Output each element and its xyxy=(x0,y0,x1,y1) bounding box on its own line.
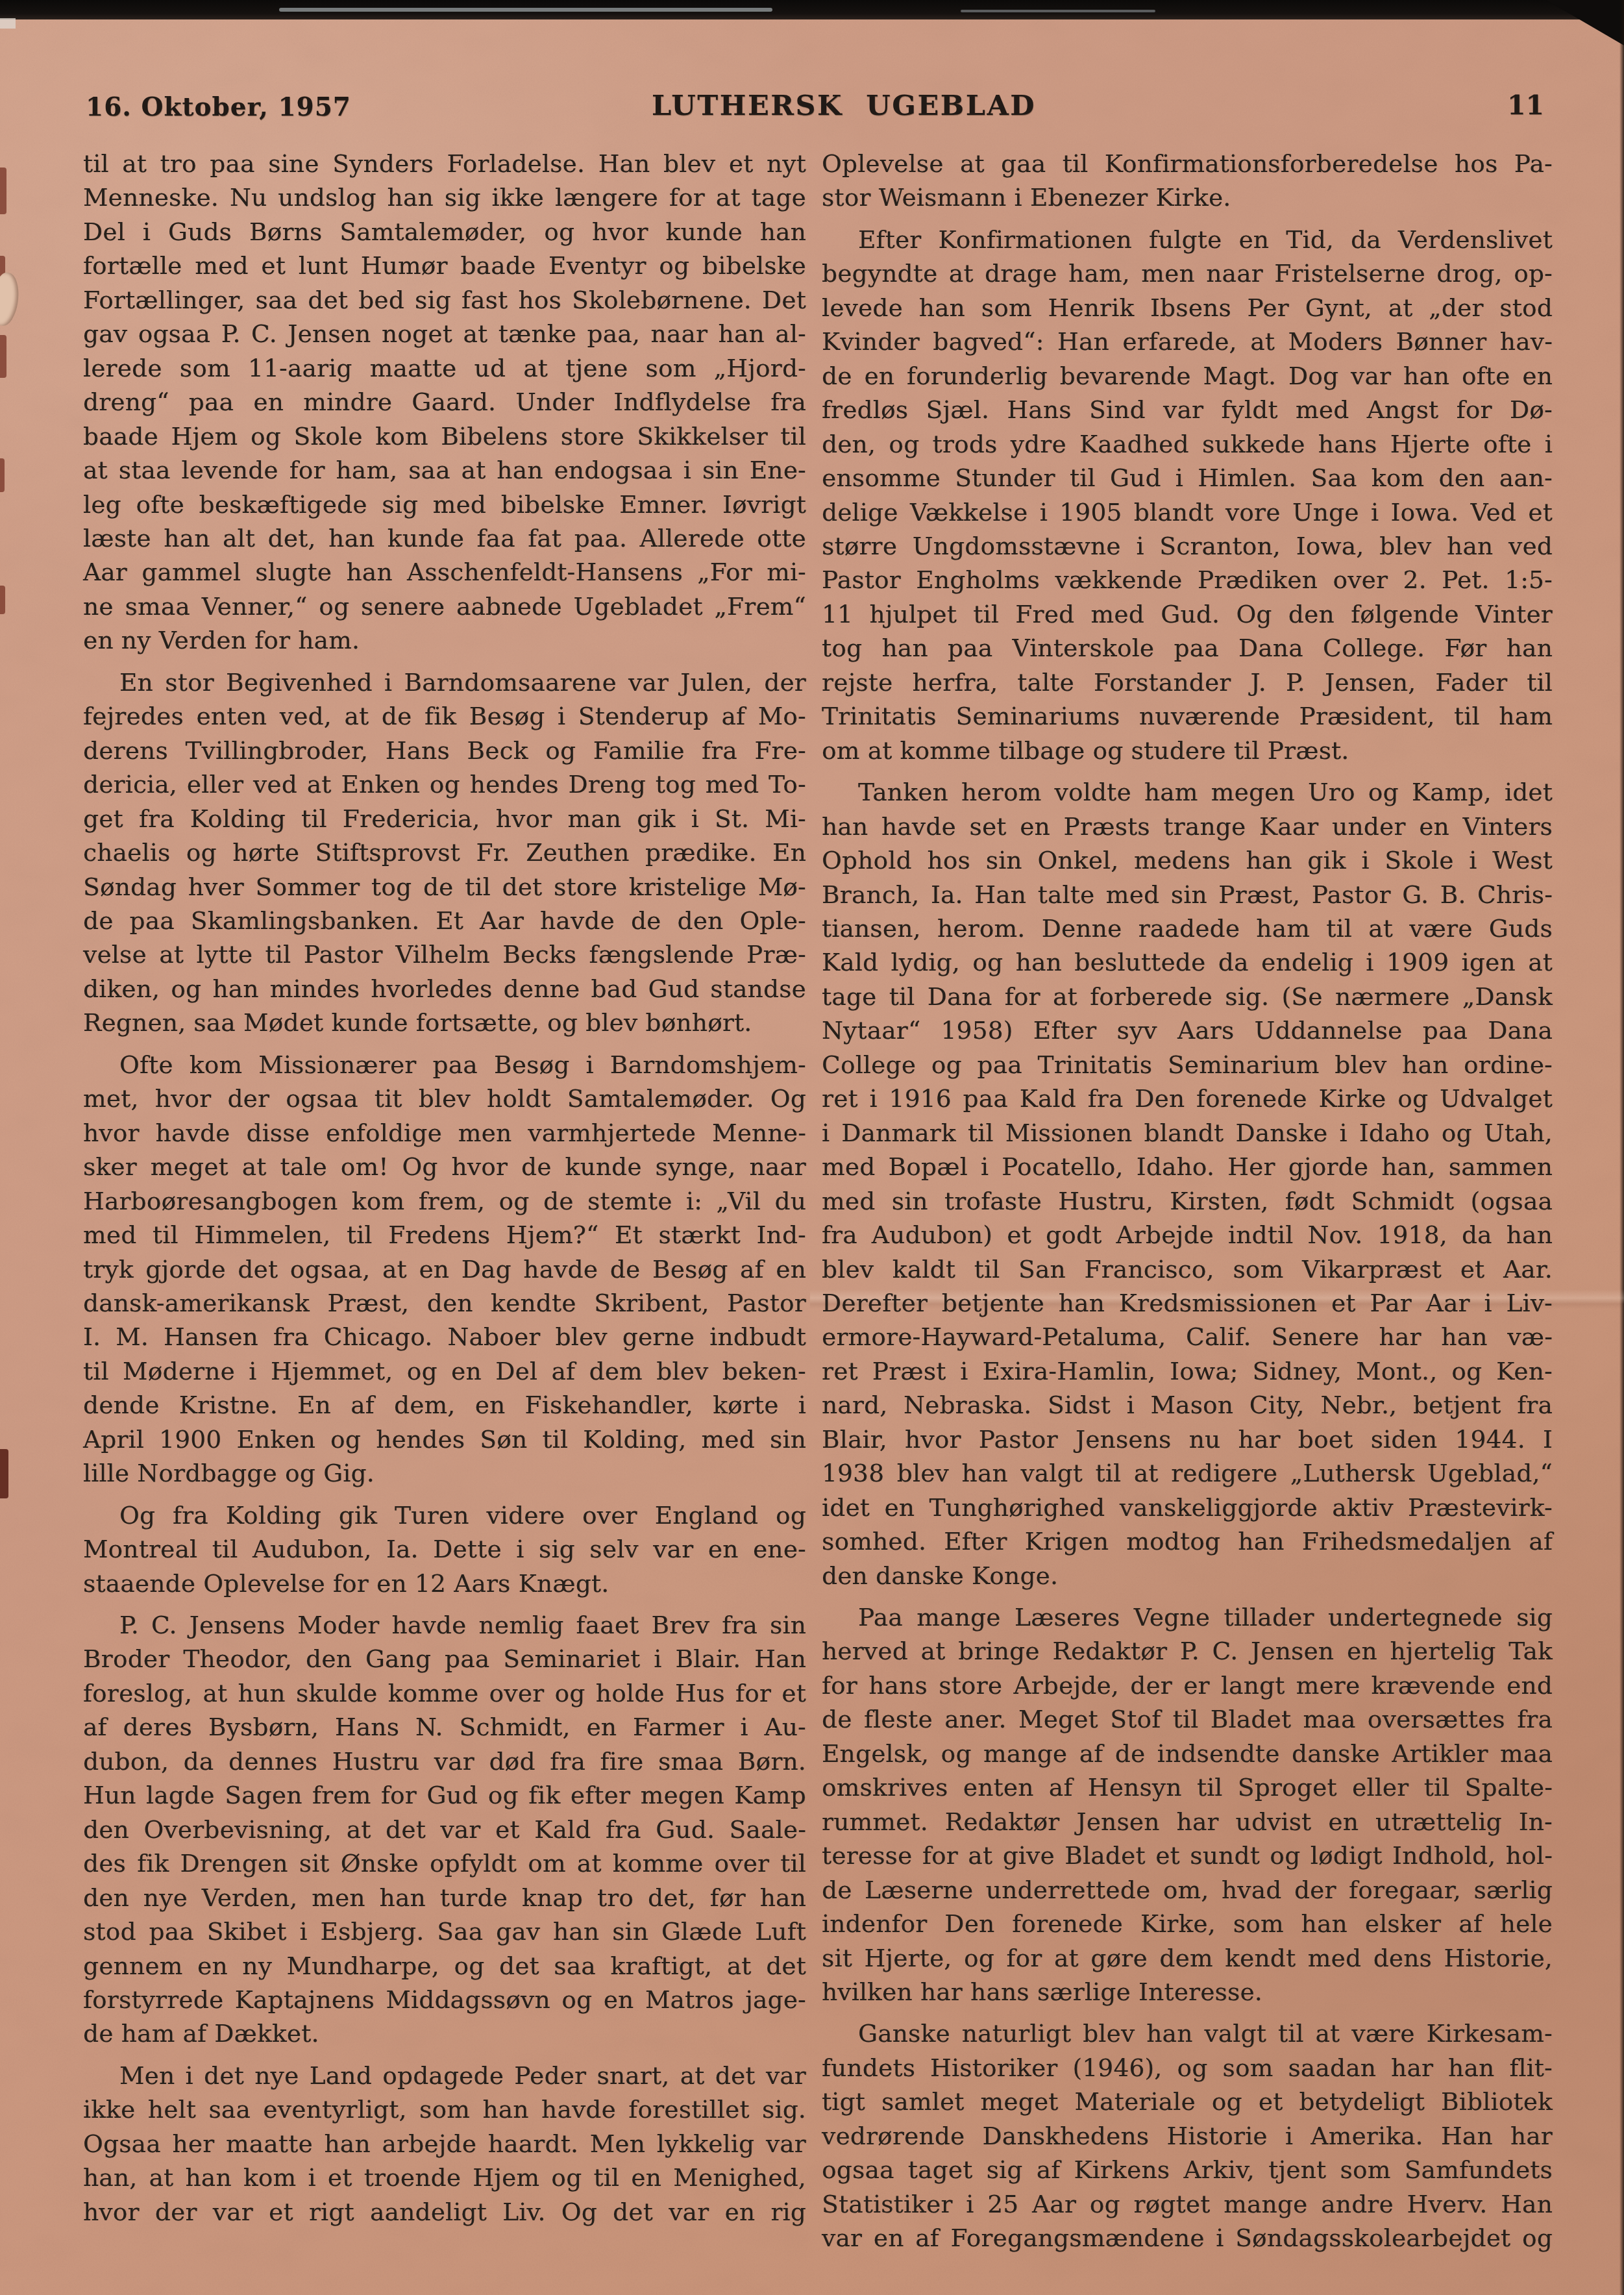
text-line: tigt samlet meget Materiale og et betyde… xyxy=(822,2085,1553,2118)
text-line: de en forunderlig bevarende Magt. Dog va… xyxy=(822,359,1553,393)
text-line: Engelsk, og mange af de indsendte danske… xyxy=(822,1737,1553,1770)
text-line: tage til Dana for at forberede sig. (Se … xyxy=(822,980,1553,1013)
text-line: April 1900 Enken og hendes Søn til Koldi… xyxy=(83,1422,806,1456)
scanner-edge-top-bar xyxy=(0,0,1624,19)
text-line: Tanken herom voldte ham megen Uro og Kam… xyxy=(822,775,1553,809)
text-line: Broder Theodor, den Gang paa Seminariet … xyxy=(83,1642,806,1676)
text-line: nard, Nebraska. Sidst i Mason City, Nebr… xyxy=(822,1388,1553,1422)
text-line: større Ungdomsstævne i Scranton, Iowa, b… xyxy=(822,529,1553,563)
text-line: ikke helt saa eventyrligt, som han havde… xyxy=(83,2092,806,2126)
text-line: hvilken har hans særlige Interesse. xyxy=(822,1975,1553,2009)
text-line: blev kaldt til San Francisco, som Vikarp… xyxy=(822,1252,1553,1286)
text-line: fredløs Sjæl. Hans Sind var fyldt med An… xyxy=(822,393,1553,427)
text-line: læste han alt det, han kunde faa fat paa… xyxy=(83,521,806,555)
article-column-left: til at tro paa sine Synders Forladelse. … xyxy=(83,147,806,2229)
text-line: sker meget at tale om! Og hvor de kunde … xyxy=(83,1150,806,1184)
text-line: I. M. Hansen fra Chicago. Naboer blev ge… xyxy=(83,1320,806,1354)
left-edge-mark xyxy=(0,458,5,492)
text-line: ret Præst i Exira-Hamlin, Iowa; Sidney, … xyxy=(822,1354,1553,1388)
text-line: dubon, da dennes Hustru var død fra fire… xyxy=(83,1744,806,1778)
text-line: Ophold hos sin Onkel, medens han gik i S… xyxy=(822,843,1553,877)
text-line: de ham af Dækket. xyxy=(83,2016,806,2050)
text-line: Kald lydig, og han besluttede da endelig… xyxy=(822,945,1553,979)
text-line: ret i 1916 paa Kald fra Den forenede Kir… xyxy=(822,1082,1553,1115)
text-line: leg ofte beskæftigede sig med bibelske E… xyxy=(83,488,806,521)
text-line: stod paa Skibet i Esbjerg. Saa gav han s… xyxy=(83,1915,806,1948)
text-line: til Møderne i Hjemmet, og en Del af dem … xyxy=(83,1354,806,1388)
text-line: dende Kristne. En af dem, en Fiskehandle… xyxy=(83,1388,806,1422)
text-line: diken, og han mindes hvorledes denne bad… xyxy=(83,972,806,1006)
text-line: teresse for at give Bladet et sundt og l… xyxy=(822,1839,1553,1872)
scanner-corner-shadow xyxy=(1546,0,1624,45)
text-line: ogsaa taget sig af Kirkens Arkiv, tjent … xyxy=(822,2153,1553,2187)
text-line: indenfor Den forenede Kirke, som han els… xyxy=(822,1907,1553,1941)
page-edge-sliver xyxy=(0,18,16,29)
text-line: de paa Skamlingsbanken. Et Aar havde de … xyxy=(83,904,806,937)
text-line: En stor Begivenhed i Barndomsaarene var … xyxy=(83,665,806,699)
text-line: omskrives enten af Hensyn til Sproget el… xyxy=(822,1770,1553,1804)
text-line: Blair, hvor Pastor Jensens nu har boet s… xyxy=(822,1422,1553,1456)
text-line: dericia, eller ved at Enken og hendes Dr… xyxy=(83,767,806,801)
text-line: chaelis og hørte Stiftsprovst Fr. Zeuthe… xyxy=(83,836,806,869)
left-edge-mark xyxy=(0,586,5,614)
text-line: den danske Konge. xyxy=(822,1559,1553,1593)
text-line: Derefter betjente han Kredsmissionen et … xyxy=(822,1286,1553,1320)
text-line: sit Hjerte, og for at gøre dem kendt med… xyxy=(822,1941,1553,1975)
text-line: rejste herfra, talte Forstander J. P. Je… xyxy=(822,665,1553,699)
text-line: staaende Oplevelse for en 12 Aars Knægt. xyxy=(83,1567,806,1600)
text-line: dansk-amerikansk Præst, den kendte Skrib… xyxy=(83,1286,806,1320)
text-line: i Danmark til Missionen blandt Danske i … xyxy=(822,1116,1553,1150)
text-line: den Overbevisning, at det var et Kald fr… xyxy=(83,1813,806,1846)
text-line: delige Vækkelse i 1905 blandt vore Unge … xyxy=(822,495,1553,529)
text-line: af deres Bysbørn, Hans N. Schmidt, en Fa… xyxy=(83,1710,806,1744)
text-line: hvor der var et rigt aandeligt Liv. Og d… xyxy=(83,2195,806,2229)
text-line: var en af Foregangsmændene i Søndagsskol… xyxy=(822,2221,1553,2255)
text-line: fundets Historiker (1946), og som saadan… xyxy=(822,2051,1553,2085)
text-line: Og fra Kolding gik Turen videre over Eng… xyxy=(83,1498,806,1532)
text-line: Montreal til Audubon, Ia. Dette i sig se… xyxy=(83,1532,806,1566)
text-line: Men i det nye Land opdagede Peder snart,… xyxy=(83,2059,806,2092)
text-line: Aar gammel slugte han Asschenfeldt-Hanse… xyxy=(83,555,806,589)
text-line: Ganske naturligt blev han valgt til at v… xyxy=(822,2016,1553,2050)
text-line: Ogsaa her maatte han arbejde haardt. Men… xyxy=(83,2127,806,2161)
scanned-newspaper-page: 16. Oktober, 1957 LUTHERSK UGEBLAD 11 ti… xyxy=(0,0,1624,2295)
text-line: den nye Verden, men han turde knap tro d… xyxy=(83,1881,806,1915)
text-line: velse at lytte til Pastor Vilhelm Becks … xyxy=(83,937,806,971)
text-line: lerede som 11-aarig maatte ud at tjene s… xyxy=(83,351,806,385)
text-line: Trinitatis Seminariums nuværende Præside… xyxy=(822,699,1553,733)
text-line: derens Tvillingbroder, Hans Beck og Fami… xyxy=(83,734,806,767)
text-line: Paa mange Læseres Vegne tillader underte… xyxy=(822,1600,1553,1634)
text-line: fortælle med et lunt Humør baade Eventyr… xyxy=(83,249,806,282)
text-line: han havde set en Præsts trange Kaar unde… xyxy=(822,810,1553,843)
text-line: Del i Guds Børns Samtalemøder, og hvor k… xyxy=(83,215,806,249)
text-line: levede han som Henrik Ibsens Per Gynt, a… xyxy=(822,291,1553,325)
text-line: Harboøresangbogen kom frem, og de stemte… xyxy=(83,1184,806,1218)
text-line: 1938 blev han valgt til at redigere „Lut… xyxy=(822,1456,1553,1490)
text-line: med Bopæl i Pocatello, Idaho. Her gjorde… xyxy=(822,1150,1553,1184)
text-line: fejredes enten ved, at de fik Besøg i St… xyxy=(83,699,806,733)
text-line: Menneske. Nu undslog han sig ikke længer… xyxy=(83,180,806,214)
text-line: get fra Kolding til Fredericia, hvor man… xyxy=(83,802,806,836)
text-line: ermore-Hayward-Petaluma, Calif. Senere h… xyxy=(822,1320,1553,1354)
text-line: Fortællinger, saa det bed sig fast hos S… xyxy=(83,283,806,317)
text-line: Nytaar“ 1958) Efter syv Aars Uddannelse … xyxy=(822,1013,1553,1047)
text-line: Branch, Ia. Han talte med sin Præst, Pas… xyxy=(822,878,1553,912)
text-line: med til Himmelen, til Fredens Hjem?“ Et … xyxy=(83,1218,806,1252)
text-line: herved at bringe Redaktør P. C. Jensen e… xyxy=(822,1634,1553,1668)
text-line: stor Weismann i Ebenezer Kirke. xyxy=(822,180,1553,214)
text-line: for hans store Arbejde, der er langt mer… xyxy=(822,1669,1553,1702)
text-line: vedrørende Danskhedens Historie i Amerik… xyxy=(822,2119,1553,2153)
text-line: den, og trods ydre Kaadhed sukkede hans … xyxy=(822,427,1553,461)
text-line: Oplevelse at gaa til Konfirmationsforber… xyxy=(822,147,1553,180)
text-line: forstyrrede Kaptajnens Middagssøvn og en… xyxy=(83,1983,806,2016)
left-edge-mark xyxy=(0,1449,8,1498)
text-line: somhed. Efter Krigen modtog han Frihedsm… xyxy=(822,1524,1553,1558)
text-line: baade Hjem og Skole kom Bibelens store S… xyxy=(83,419,806,453)
text-line: foreslog, at hun skulde komme over og ho… xyxy=(83,1676,806,1710)
left-edge-mark xyxy=(0,335,6,378)
text-line: en ny Verden for ham. xyxy=(83,623,806,657)
text-line: hvor havde disse enfoldige men varmhjert… xyxy=(83,1116,806,1150)
article-column-right: Oplevelse at gaa til Konfirmationsforber… xyxy=(822,147,1553,2255)
text-line: om at komme tilbage og studere til Præst… xyxy=(822,734,1553,767)
text-line: gennem en ny Mundharpe, og det saa kraft… xyxy=(83,1949,806,1983)
text-line: Regnen, saa Mødet kunde fortsætte, og bl… xyxy=(83,1006,806,1039)
text-line: 11 hjulpet til Fred med Gud. Og den følg… xyxy=(822,597,1553,631)
text-line: med sin trofaste Hustru, Kirsten, født S… xyxy=(822,1184,1553,1218)
text-line: tryk gjorde det ogsaa, at en Dag havde d… xyxy=(83,1252,806,1286)
text-line: ensomme Stunder til Gud i Himlen. Saa ko… xyxy=(822,461,1553,495)
text-line: dreng“ paa en mindre Gaard. Under Indfly… xyxy=(83,385,806,419)
text-line: College og paa Trinitatis Seminarium ble… xyxy=(822,1048,1553,1082)
text-line: idet en Tunghørighed vanskeliggjorde akt… xyxy=(822,1491,1553,1524)
issue-date: 16. Oktober, 1957 xyxy=(86,92,351,122)
page-number: 11 xyxy=(1507,90,1544,121)
scanner-bar-glare xyxy=(279,8,772,12)
text-line: fra Audubon) et godt Arbejde indtil Nov.… xyxy=(822,1218,1553,1252)
text-line: Ofte kom Missionærer paa Besøg i Barndom… xyxy=(83,1048,806,1082)
text-line: P. C. Jensens Moder havde nemlig faaet B… xyxy=(83,1608,806,1642)
text-line: Søndag hver Sommer tog de til det store … xyxy=(83,870,806,904)
text-line: han, at han kom i et troende Hjem og til… xyxy=(83,2161,806,2194)
text-line: de fleste aner. Meget Stof til Bladet ma… xyxy=(822,1702,1553,1736)
text-line: rummet. Redaktør Jensen har udvist en ut… xyxy=(822,1805,1553,1839)
text-line: at staa levende for ham, saa at han endo… xyxy=(83,453,806,487)
text-line: Efter Konfirmationen fulgte en Tid, da V… xyxy=(822,223,1553,256)
text-line: gav ogsaa P. C. Jensen noget at tænke pa… xyxy=(83,317,806,351)
text-line: de Læserne underrettede om, hvad der for… xyxy=(822,1873,1553,1907)
masthead-title: LUTHERSK UGEBLAD xyxy=(652,90,1036,122)
text-line: Kvinder bagved“: Han erfarede, at Moders… xyxy=(822,325,1553,358)
paper-tear xyxy=(0,271,22,327)
text-line: tog han paa Vinterskole paa Dana College… xyxy=(822,631,1553,665)
left-edge-mark xyxy=(0,167,6,214)
text-line: begyndte at drage ham, men naar Fristels… xyxy=(822,256,1553,290)
text-line: ne smaa Venner,“ og senere aabnede Ugebl… xyxy=(83,589,806,623)
scanner-edge-right xyxy=(1619,0,1624,2295)
text-line: Hun lagde Sagen frem for Gud og fik efte… xyxy=(83,1778,806,1812)
text-line: Pastor Engholms vækkende Prædiken over 2… xyxy=(822,563,1553,597)
text-line: tiansen, herom. Denne raadede ham til at… xyxy=(822,912,1553,945)
text-line: Statistiker i 25 Aar og røgtet mange and… xyxy=(822,2187,1553,2221)
text-line: til at tro paa sine Synders Forladelse. … xyxy=(83,147,806,180)
text-line: met, hvor der ogsaa tit blev holdt Samta… xyxy=(83,1082,806,1115)
scanner-bar-glare-small xyxy=(961,10,1155,12)
text-line: lille Nordbagge og Gig. xyxy=(83,1456,806,1490)
text-line: des fik Drengen sit Ønske opfyldt om at … xyxy=(83,1846,806,1880)
